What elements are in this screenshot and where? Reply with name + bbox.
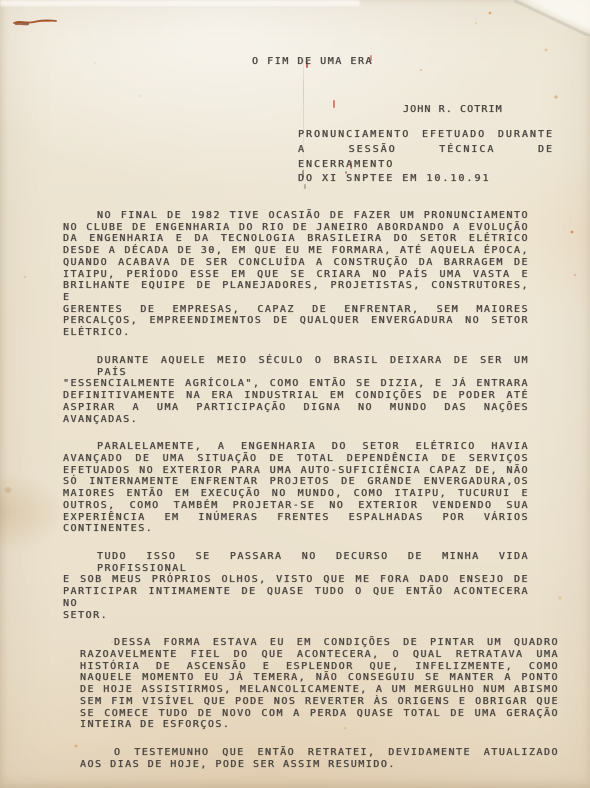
text-line: AVANÇADAS.: [63, 414, 529, 426]
text-line: SETOR.: [63, 610, 529, 622]
text-line: QUANDO ACABAVA DE SER CONCLUÍDA A CONSTR…: [63, 257, 529, 269]
text-line: PARALELAMENTE, A ENGENHARIA DO SETOR ELÉ…: [63, 441, 529, 453]
text-line: NAQUELE MOMENTO EU JÁ TEMERA, NÃO CONSEG…: [80, 672, 559, 684]
text-line: HISTÓRIA DE ASCENSÃO E ESPLENDOR QUE, IN…: [80, 661, 559, 673]
text-line: DURANTE AQUELE MEIO SÉCULO O BRASIL DEIX…: [63, 355, 529, 378]
paragraph: PARALELAMENTE, A ENGENHARIA DO SETOR ELÉ…: [63, 441, 529, 535]
paragraph: O TESTEMUNHO QUE ENTÃO RETRATEI, DEVIDAM…: [80, 747, 559, 770]
text-line: AVANÇADO DE UMA SITUAÇÃO DE TOTAL DEPEND…: [63, 453, 529, 465]
text-line: O TESTEMUNHO QUE ENTÃO RETRATEI, DEVIDAM…: [80, 747, 559, 759]
text-line: ELÉTRICO.: [63, 327, 529, 339]
text-line: MAIORES ENTÃO EM EXECUÇÃO NO MUNDO, COMO…: [63, 488, 529, 500]
ink-scratch-mark: [12, 15, 60, 29]
paragraph: DESSA FORMA ESTAVA EU EM CONDIÇÕES DE PI…: [80, 637, 559, 731]
text-line: EFETUADOS NO EXTERIOR PARA UMA AUTO-SUFI…: [63, 465, 529, 477]
text-line: AOS DIAS DE HOJE, PODE SER ASSIM RESUMID…: [80, 759, 559, 771]
text-line: ASPIRAR A UMA PARTICIPAÇÃO DIGNA NO MUND…: [63, 402, 529, 414]
text-line: OUTROS, COMO TAMBÉM PROJETAR-SE NO EXTER…: [63, 500, 529, 512]
text-line: PERCALÇOS, EMPREENDIMENTOS DE QUALQUER E…: [63, 315, 529, 327]
event-note-line: PRONUNCIAMENTO EFETUADO DURANTE: [298, 128, 554, 143]
paragraph: DURANTE AQUELE MEIO SÉCULO O BRASIL DEIX…: [63, 355, 529, 425]
event-note: PRONUNCIAMENTO EFETUADO DURANTE A SESSÃO…: [298, 128, 554, 187]
text-line: TUDO ISSO SE PASSARA NO DECURSO DE MINHA…: [63, 551, 529, 574]
text-line: SÓ INTERNAMENTE ENFRENTAR PROJETOS DE GR…: [63, 476, 529, 488]
scan-edge-highlight: [0, 0, 360, 6]
text-line: NO FINAL DE 1982 TIVE OCASIÃO DE FAZER U…: [63, 210, 529, 222]
text-line: RAZOAVELMENTE FIEL DO QUE ACONTECERA, O …: [80, 649, 559, 661]
paragraph: TUDO ISSO SE PASSARA NO DECURSO DE MINHA…: [63, 551, 529, 621]
text-line: EXPERIÊNCIA EM INÚMERAS FRENTES ESPALHAD…: [63, 512, 529, 524]
event-note-line: A SESSÃO TÉCNICA DE ENCERRAMENTO: [298, 143, 554, 173]
text-line: SEM FIM VISÍVEL QUE PODE NOS REVERTER ÀS…: [80, 696, 559, 708]
text-line: ITAIPU, PERÍODO ESSE EM QUE SE CRIARA NO…: [63, 269, 529, 281]
text-line: CONTINENTES.: [63, 523, 529, 535]
text-line: INTEIRA DE ESFORÇOS.: [80, 719, 559, 731]
text-line: "ESSENCIALMENTE AGRÍCOLA", COMO ENTÃO SE…: [63, 378, 529, 390]
scanned-document-page: O FIM DE UMA ERA JOHN R. COTRIM PRONUNCI…: [0, 0, 590, 788]
document-body: NO FINAL DE 1982 TIVE OCASIÃO DE FAZER U…: [63, 210, 529, 770]
document-title: O FIM DE UMA ERA: [252, 56, 373, 68]
text-line: DA ENGENHARIA E DA TECNOLOGIA BRASILEIRA…: [63, 233, 529, 245]
author-name: JOHN R. COTRIM: [403, 104, 503, 116]
text-line: PARTICIPAR INTIMAMENTE DE QUASE TUDO O Q…: [63, 586, 529, 609]
text-line: NO CLUBE DE ENGENHARIA DO RIO DE JANEIRO…: [63, 222, 529, 234]
text-line: DESDE A DÉCADA DE 30, EM QUE EU ME FORMA…: [63, 245, 529, 257]
crease-mark: [333, 100, 335, 108]
text-line: DEFINITIVAMENTE NA ERA INDUSTRIAL EM CON…: [63, 390, 529, 402]
corner-fold: [514, 0, 590, 36]
text-line: E SOB MEUS PRÓPRIOS OLHOS, VISTO QUE ME …: [63, 574, 529, 586]
text-line: GERENTES DE EMPRESAS, CAPAZ DE ENFRENTAR…: [63, 304, 529, 316]
text-line: DESSA FORMA ESTAVA EU EM CONDIÇÕES DE PI…: [80, 637, 559, 649]
event-note-line: DO XI SNPTEE EM 10.10.91: [298, 172, 554, 187]
text-line: DE HOJE ASSISTIRMOS, MELANCOLICAMENTE, A…: [80, 684, 559, 696]
text-line: BRILHANTE EQUIPE DE PLANEJADORES, PROJET…: [63, 280, 529, 303]
text-line: SE COMECE TUDO DE NOVO COM A PERDA QUASE…: [80, 708, 559, 720]
paragraph: NO FINAL DE 1982 TIVE OCASIÃO DE FAZER U…: [63, 210, 529, 339]
